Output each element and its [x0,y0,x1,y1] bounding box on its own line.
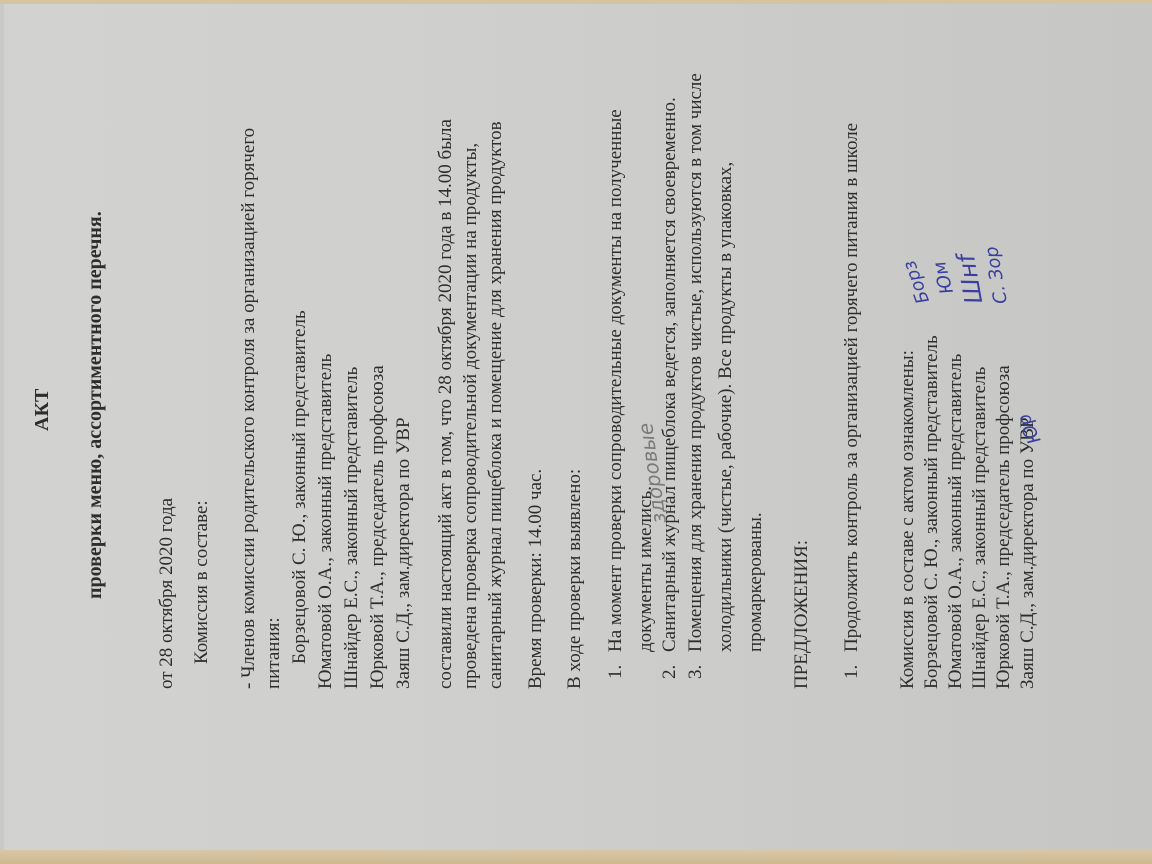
acknowledged-line: Шнайдер Е.С., законный представитель [968,367,992,689]
finding-number: 2. [658,665,682,679]
commission-intro: Комиссия в составе: [190,500,214,664]
acknowledged-line: Заяш С.Д., зам.директора по УВР [1016,417,1040,689]
statement-line: санитарный журнал пищеблока и помещение … [484,121,508,689]
finding-text: промаркерованы. [744,512,768,652]
member-line: Шнайдер Е.С., законный представитель [340,367,364,689]
proposals-heading: ПРЕДЛОЖЕНИЯ: [790,540,814,689]
member-line: Заяш С.Д., зам.директора по УВР [392,417,416,689]
member-line: Борзецовой С. Ю., законный представитель [288,310,312,664]
check-time: Время проверки: 14.00 час. [524,469,548,689]
date-line: от 28 октября 2020 года [155,498,179,689]
findings-intro: В ходе проверки выявлено: [563,469,587,689]
acknowledged-line: Юрковой Т.А., председатель профсоюза [992,365,1016,689]
acknowledged-line: Юматовой О.А., законный представитель [944,354,968,689]
finding-text: На момент проверки сопроводительные доку… [604,109,628,652]
finding-number: 1. [604,665,628,679]
proposal-text: Продолжить контроль за организацией горя… [840,123,864,652]
finding-number: 3. [684,665,708,679]
members-intro-line-1: - Членов комиссии родительского контроля… [237,128,261,689]
member-line: Юматовой О.А., законный представитель [314,354,338,689]
member-line: Юрковой Т.А., председатель профсоюза [366,365,390,689]
document-page: АКТ проверки меню, ассортиментного переч… [0,0,1152,864]
acknowledged-line: Борзецовой С. Ю., законный представитель [920,335,944,689]
finding-text: Санитарный журнал пищеблока ведется, зап… [658,97,682,652]
finding-text: Помещения для хранения продуктов чистые,… [684,73,708,652]
proposal-number: 1. [840,665,864,679]
statement-line: проведена проверка сопроводительной доку… [459,143,483,689]
acknowledged-intro: Комиссия в составе с актом ознакомлены: [896,350,920,689]
finding-text: холодильники (чистые, рабочие). Все прод… [714,162,738,652]
document-subtitle: проверки меню, ассортиментного перечня. [83,211,107,599]
statement-line: составили настоящий акт в том, что 28 ок… [434,119,458,689]
document-title: АКТ [30,389,54,431]
members-intro-line-2: питания: [262,617,286,689]
